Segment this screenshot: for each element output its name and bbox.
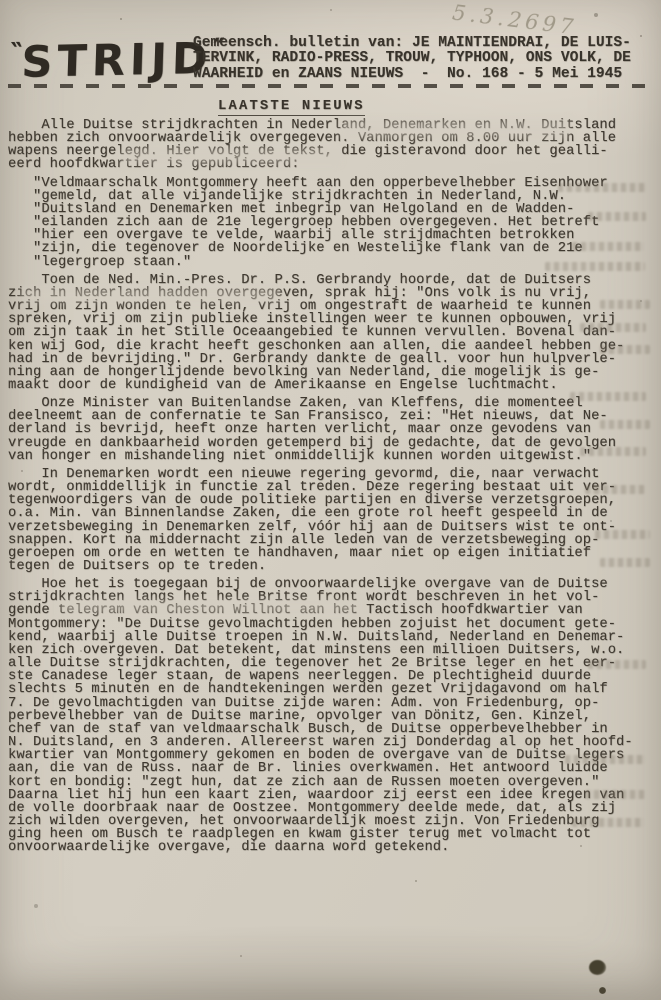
- dashed-divider: [8, 84, 653, 88]
- article-body: LAATSTE NIEUWS Alle Duitse strijdkrachte…: [8, 96, 653, 859]
- logo-title: STRIJD: [21, 34, 214, 88]
- paper-specks: [0, 0, 2, 2]
- paragraph-gerbrandy-speech: Toen de Ned. Min.-Pres. Dr. P.S. Gerbran…: [8, 274, 653, 392]
- paragraph-montgomery-communique: "Veldmaarschalk Montgommery heeft aan de…: [8, 177, 653, 269]
- publication-logo: ‶STRIJD″: [9, 24, 206, 88]
- paragraph-surrender-ceremony-telegram: Hoe het is toegegaan bij de onvoorwaarde…: [8, 578, 653, 854]
- paragraph-denmark-government: In Denemarken wordt een nieuwe regering …: [8, 468, 653, 573]
- logo-open-quote-mark: ‶: [10, 38, 23, 68]
- article-title: LAATSTE NIEUWS: [218, 99, 365, 116]
- scanned-bulletin-page: 5.3.2697 ‶STRIJD″ Gemeensch. bulletin va…: [0, 0, 661, 1000]
- masthead-subtitle: Gemeensch. bulletin van: JE MAINTIENDRAI…: [193, 36, 631, 82]
- ink-stain-small: [599, 987, 606, 994]
- paragraph-surrender-announcement: Alle Duitse strijdkrachten in Nederland,…: [8, 119, 653, 172]
- pencil-archive-number: 5.3.2697: [451, 0, 579, 39]
- ink-stain: [589, 960, 606, 975]
- paragraph-van-kleffens-statement: Onze Minister van Buitenlandse Zaken, va…: [8, 397, 653, 463]
